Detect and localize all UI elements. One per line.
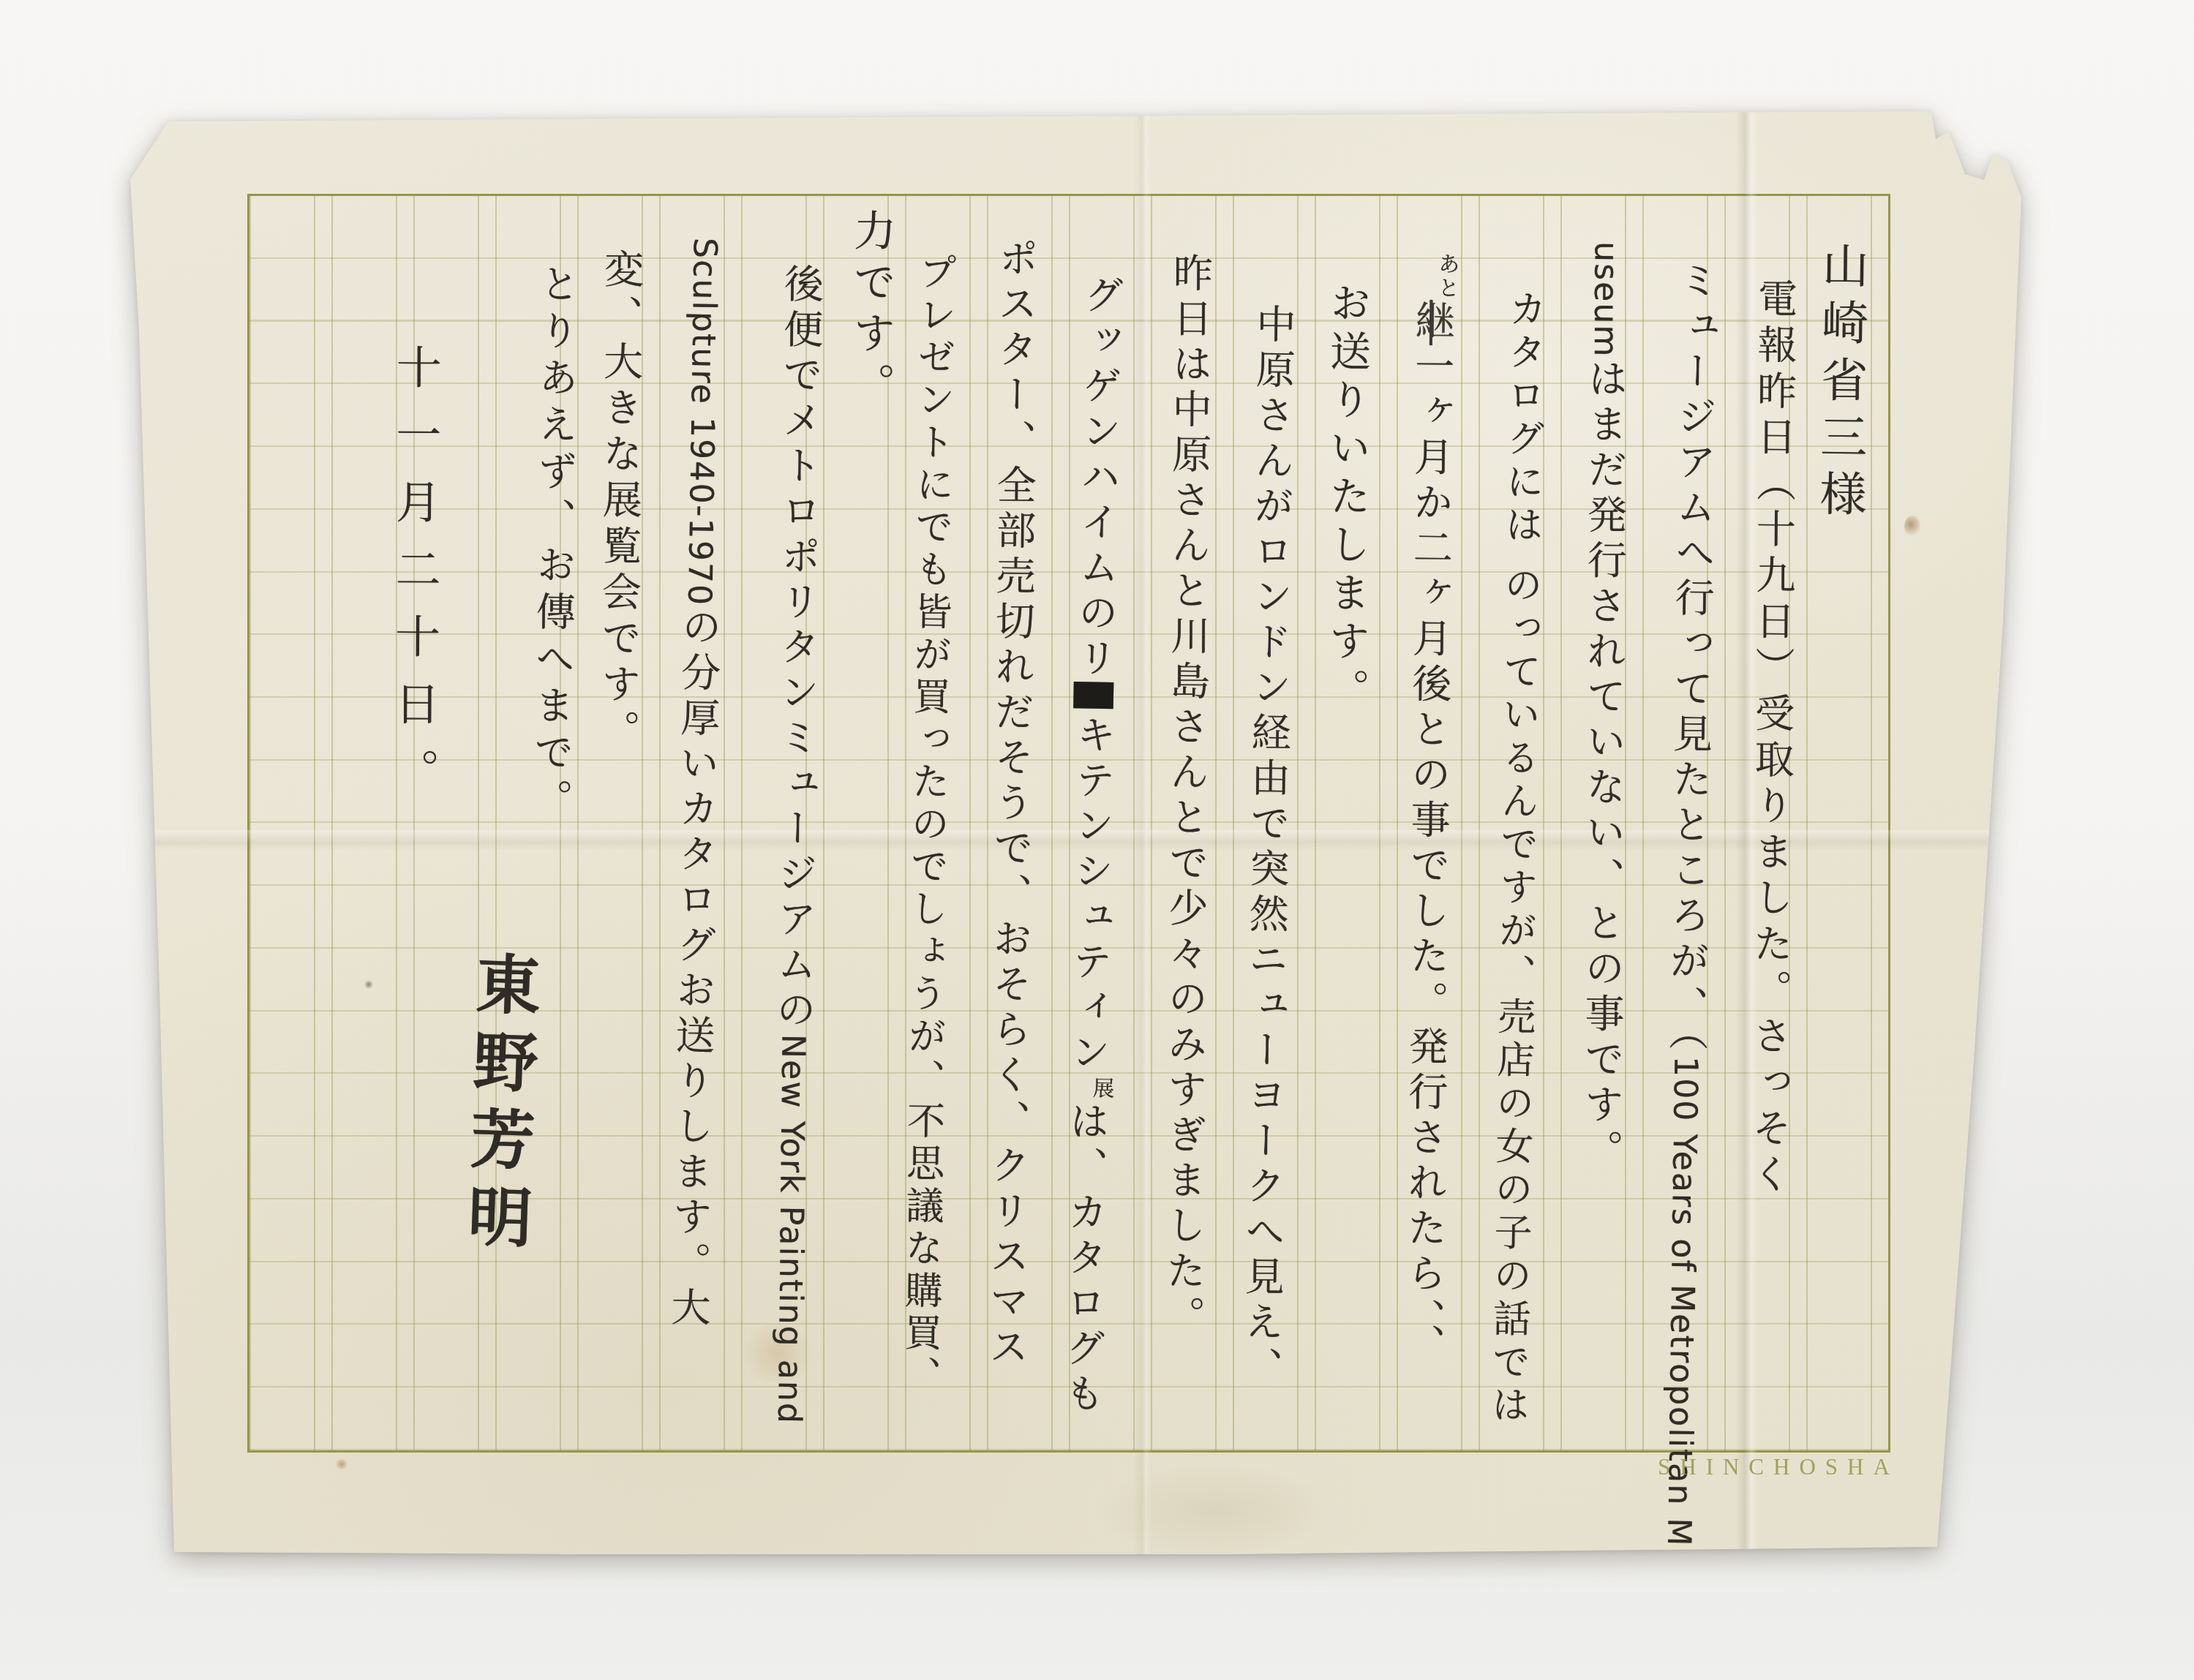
closing-column: とりあえず、お傳へまで。 xyxy=(528,263,578,826)
text-run: 電報昨日（十九日）受取りました。さっそく xyxy=(1746,278,1798,1199)
publisher-mark: SHINCHOSHA xyxy=(1658,1454,1899,1480)
ink-blot: █ xyxy=(1073,682,1113,715)
text-run: カタログには のっているんですが、売店の女の子の話では xyxy=(1484,289,1546,1428)
inserted-correction-text: 展 xyxy=(1089,1077,1113,1101)
text-column: お送りいたします。 xyxy=(1323,282,1370,716)
text-column: プレゼントにでも皆が買ったのでしょうが、不思議な購買、 xyxy=(898,252,955,1398)
text-run: 変、大きな展覧会です。 xyxy=(595,249,645,756)
text-run: の分厚いカタログお送りします。大 xyxy=(665,606,723,1333)
text-column: グッゲンハイムのリ█キテンシュティン展は、カタログも xyxy=(1059,274,1122,1419)
text-run: グッゲンハイムのリ xyxy=(1071,274,1124,683)
recipient-column: 山崎省三様 xyxy=(1813,241,1866,527)
text-column: ミュージアムへ行って見たところが、（100 Years of Metropoli… xyxy=(1657,260,1718,1548)
text-column: 電報昨日（十九日）受取りました。さっそく xyxy=(1747,278,1796,1199)
text-run: 昨日は中原さんと川島さんとで少々のみすぎました。 xyxy=(1160,252,1213,1341)
text-run: 一ヶ月か二ヶ月後との事でした。発行されたら、、 xyxy=(1400,345,1455,1368)
text-run: はまだ発行されていない、との事です。 xyxy=(1578,358,1628,1174)
text-run: キテンシュティン xyxy=(1064,714,1117,1077)
signature-column: 東野芳明 xyxy=(459,949,540,1262)
text-column: 昨日は中原さんと川島さんとで少々のみすぎました。 xyxy=(1161,252,1211,1341)
date-column: 十一月二十日。 xyxy=(388,344,439,815)
text-run: New York Painting and xyxy=(770,1034,812,1425)
scan-background: 山崎省三様電報昨日（十九日）受取りました。さっそくミュージアムへ行って見たところ… xyxy=(0,0,2194,1680)
text-column: あと継一ヶ月か二ヶ月後との事でした。発行されたら、、 xyxy=(1401,252,1454,1369)
text-run: ポスター、全部売切れだそうで、おそらく、クリスマス xyxy=(983,238,1040,1371)
text-run: Sculpture 1940-1970 xyxy=(680,238,724,607)
text-run: お送りいたします。 xyxy=(1322,282,1371,716)
text-column: 力です。 xyxy=(847,208,894,413)
text-column: カタログには のっているんですが、売店の女の子の話では xyxy=(1486,289,1545,1428)
inserted-correction-text: あと xyxy=(1435,252,1459,301)
text-column: ポスター、全部売切れだそうで、おそらく、クリスマス xyxy=(984,238,1037,1371)
text-run: 後便でメトロポリタンミュージアムの xyxy=(770,263,824,1035)
text-run: 山崎省三様 xyxy=(1811,241,1868,527)
text-column: 変、大きな展覧会です。 xyxy=(596,249,642,756)
text-run: useum xyxy=(1587,241,1625,358)
text-run: は、カタログも xyxy=(1059,1100,1111,1418)
text-column: 中原さんがロンドン経由で突然ニューヨークへ見え、 xyxy=(1239,304,1294,1393)
letter-paper-wrap: 山崎省三様電報昨日（十九日）受取りました。さっそくミュージアムへ行って見たところ… xyxy=(130,110,2021,1554)
text-run: とりあえず、お傳へまで。 xyxy=(527,263,580,826)
text-run: 力です。 xyxy=(846,208,896,413)
text-column: useumはまだ発行されていない、との事です。 xyxy=(1579,241,1627,1175)
text-run: ミュージアムへ行って見たところが、（ xyxy=(1662,260,1719,1057)
text-column: 後便でメトロポリタンミュージアムのNew York Painting and xyxy=(767,263,822,1425)
text-run: 十一月二十日。 xyxy=(386,344,442,815)
text-run: 中原さんがロンドン経由で突然ニューヨークへ見え、 xyxy=(1237,304,1296,1393)
text-run: プレゼントにでも皆が買ったのでしょうが、不思議な購買、 xyxy=(896,252,956,1398)
handwriting-layer: 山崎省三様電報昨日（十九日）受取りました。さっそくミュージアムへ行って見たところ… xyxy=(130,110,2021,1554)
text-run: 東野芳明 xyxy=(457,949,543,1262)
letter-paper: 山崎省三様電報昨日（十九日）受取りました。さっそくミュージアムへ行って見たところ… xyxy=(130,110,2021,1554)
struck-out-text: 継 xyxy=(1409,300,1456,346)
text-column: Sculpture 1940-1970の分厚いカタログお送りします。大 xyxy=(666,238,726,1333)
